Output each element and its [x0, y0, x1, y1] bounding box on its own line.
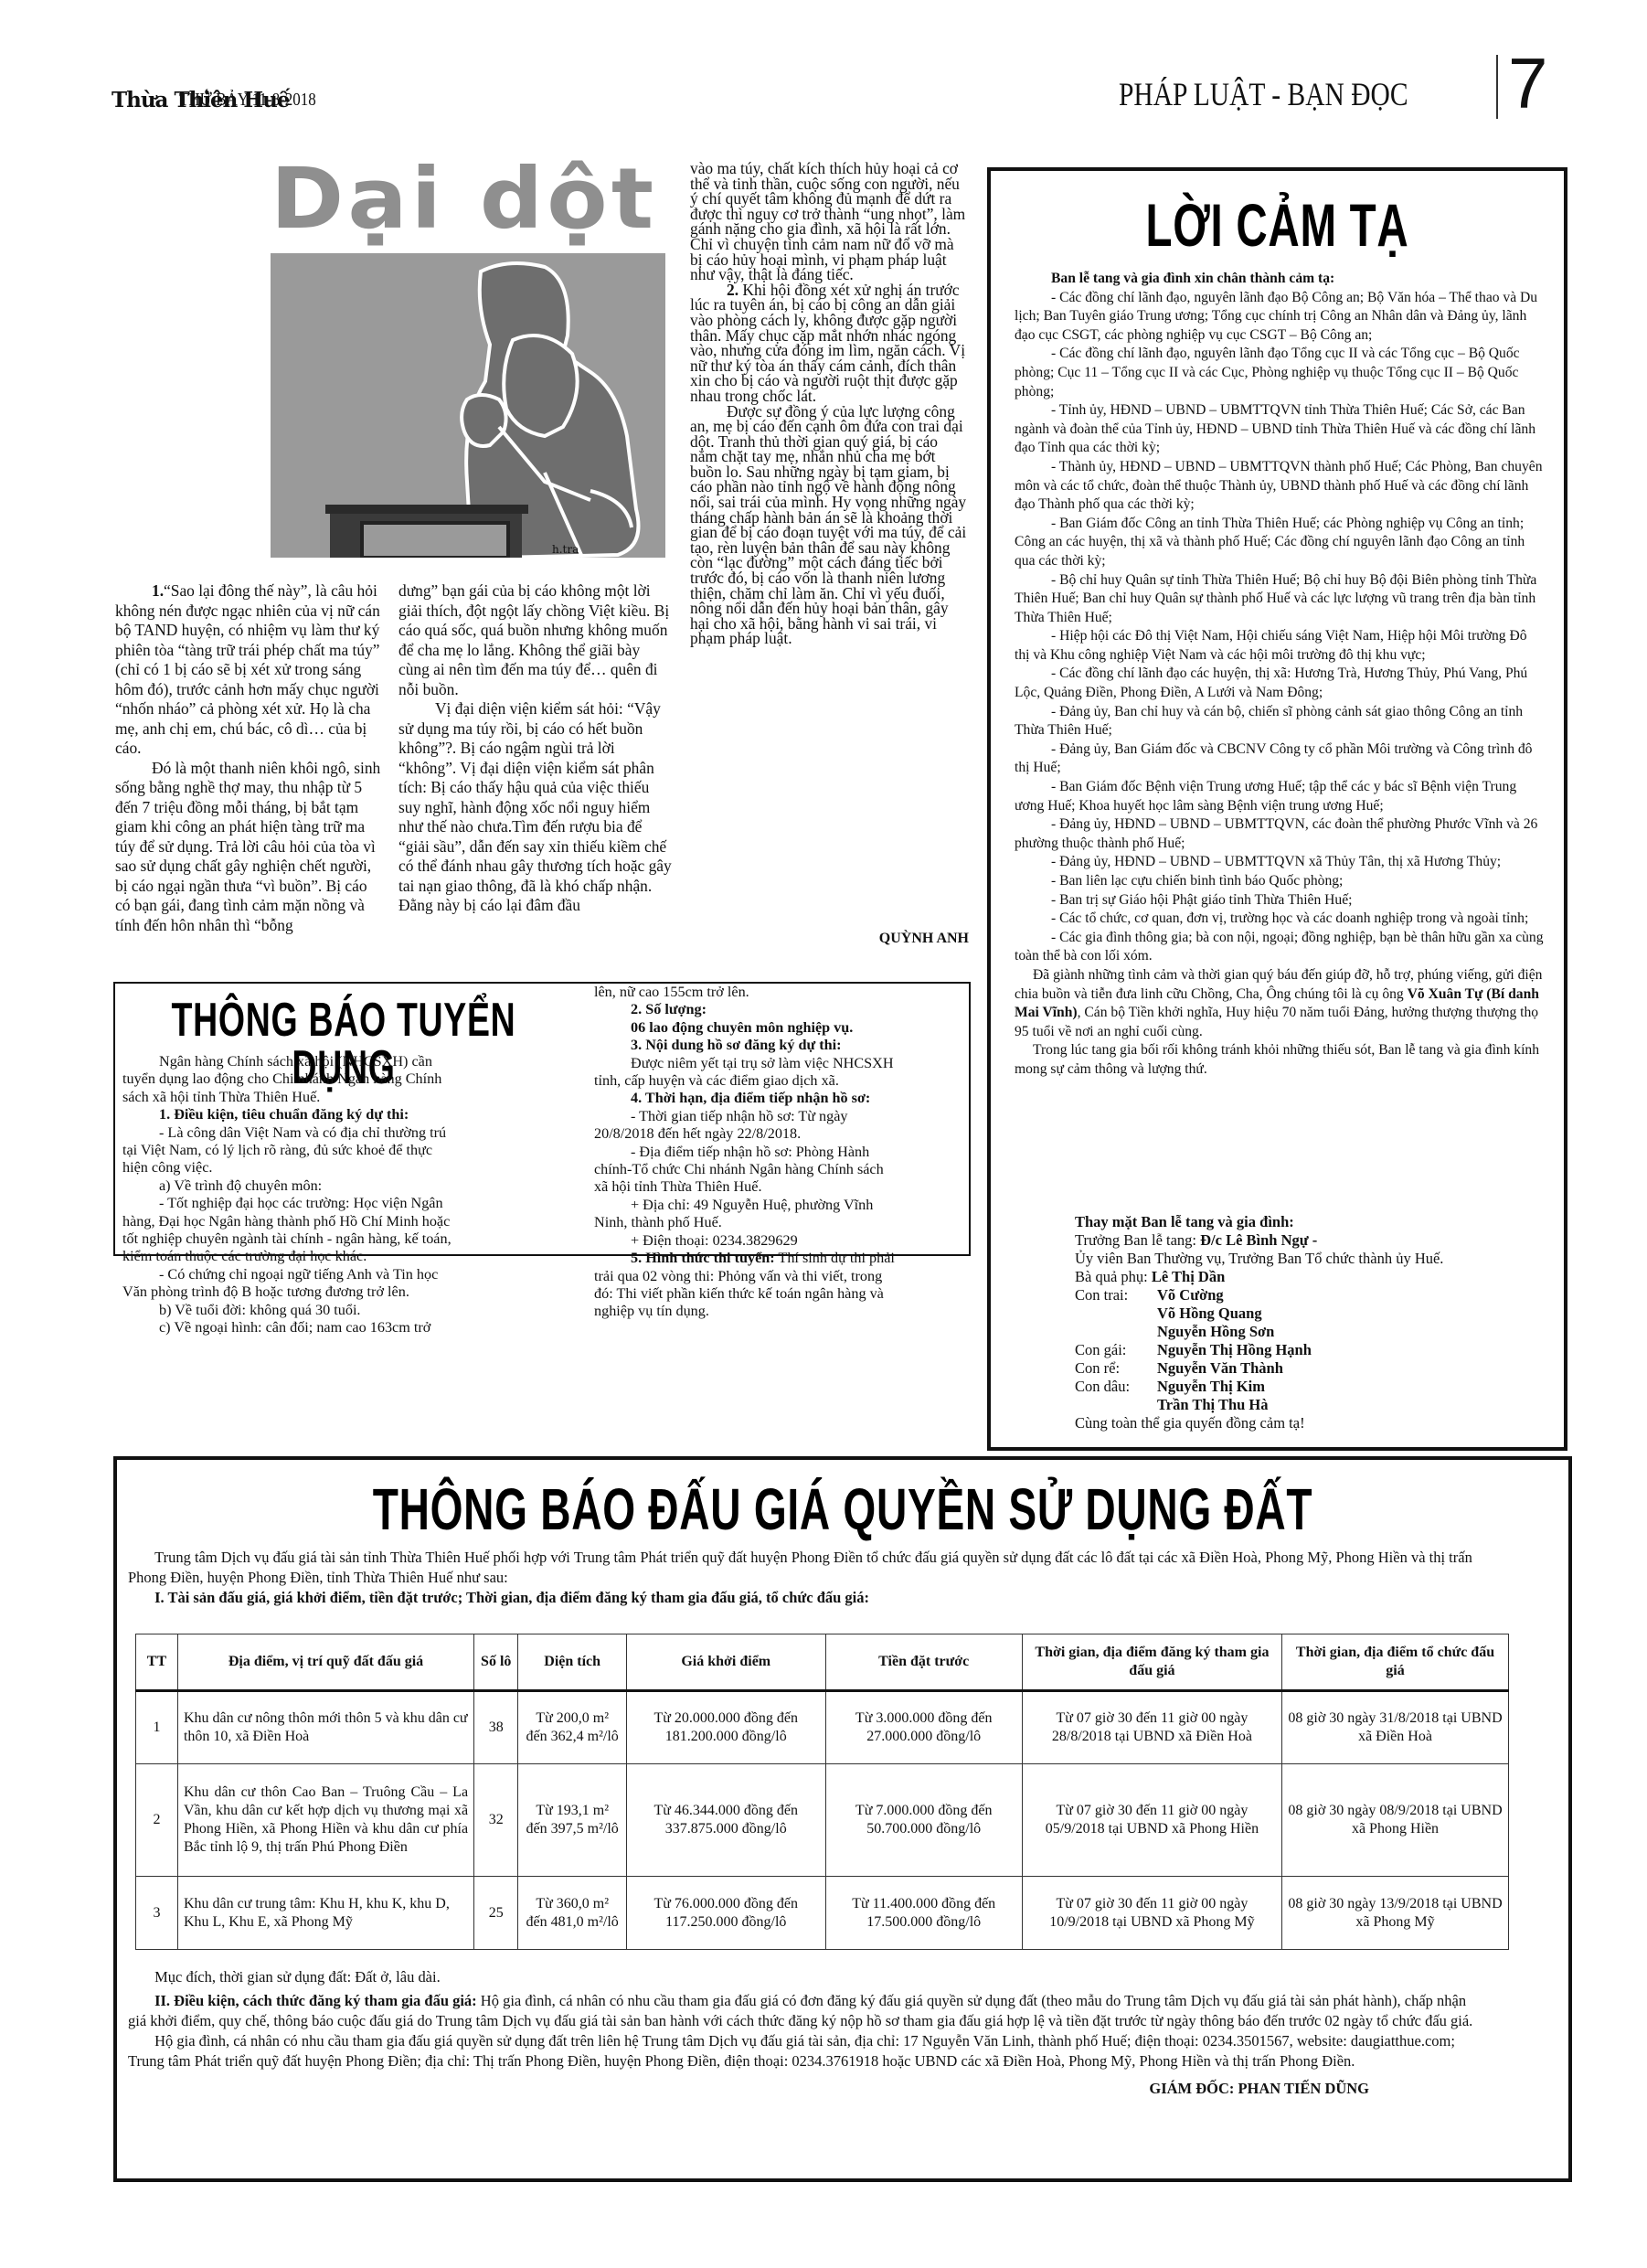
thanks-item: - Ban Giám đốc Công an tỉnh Thừa Thiên H… — [1015, 515, 1545, 571]
recruitment-line: Được niêm yết tại trụ sở làm việc NHCSXH… — [594, 1055, 896, 1091]
family-row: Con rể:Nguyễn Văn Thành — [1075, 1359, 1443, 1378]
recruitment-intro: Ngân hàng Chính sách xã hội (NHCSXH) cần… — [122, 1053, 459, 1106]
thanks-item: - Các đồng chí lãnh đạo, nguyên lãnh đạo… — [1015, 345, 1545, 401]
auction-purpose: Mục đích, thời gian sử dụng đất: Đất ở, … — [128, 1967, 1475, 1987]
auction-intro-block: Trung tâm Dịch vụ đấu giá tài sản tỉnh T… — [128, 1548, 1475, 1608]
auction-section-2: II. Điều kiện, cách thức đăng ký tham gi… — [128, 1991, 1475, 2031]
table-cell: 32 — [474, 1764, 518, 1877]
family-row: Võ Hồng Quang — [1075, 1304, 1443, 1323]
table-cell: Từ 46.344.000 đồng đến 337.875.000 đồng/… — [626, 1764, 825, 1877]
recruitment-notice: THÔNG BÁO TUYỂN DỤNG Ngân hàng Chính sác… — [113, 982, 971, 1256]
illustration-man-embracing-mother-icon: h.tra — [271, 253, 665, 558]
auction-conditions-block: Mục đích, thời gian sử dụng đất: Đất ở, … — [128, 1967, 1475, 2099]
table-cell: Từ 07 giờ 30 đến 11 giờ 00 ngày 05/9/201… — [1022, 1764, 1281, 1877]
auction-intro: Trung tâm Dịch vụ đấu giá tài sản tỉnh T… — [128, 1548, 1475, 1588]
recruitment-line: a) Về trình độ chuyên môn: — [122, 1177, 459, 1195]
table-cell: Khu dân cư nông thôn mới thôn 5 và khu d… — [177, 1691, 473, 1764]
thanks-title: LỜI CẢM TẠ — [1071, 195, 1483, 255]
table-row: 1 Khu dân cư nông thôn mới thôn 5 và khu… — [136, 1691, 1509, 1764]
thanks-item: - Đảng ủy, Ban Giám đốc và CBCNV Công ty… — [1015, 740, 1545, 778]
article-illustration: h.tra — [271, 253, 665, 558]
recruitment-line: 06 lao động chuyên môn nghiệp vụ. — [594, 1019, 896, 1037]
auction-signature: GIÁM ĐỐC: PHAN TIẾN DŨNG — [128, 2079, 1475, 2099]
thanks-item: - Ban Giám đốc Bệnh viện Trung ương Huế;… — [1015, 778, 1545, 815]
table-cell: Khu dân cư thôn Cao Ban – Truông Cầu – L… — [177, 1764, 473, 1877]
family-row: Trần Thị Thu Hà — [1075, 1396, 1443, 1414]
thanks-item: - Các gia đình thông gia; bà con nội, ng… — [1015, 929, 1545, 966]
table-cell: 08 giờ 30 ngày 31/8/2018 tại UBND xã Điề… — [1282, 1691, 1509, 1764]
widow: Bà quả phụ: Lê Thị Dần — [1075, 1268, 1443, 1286]
table-cell: 08 giờ 30 ngày 13/9/2018 tại UBND xã Pho… — [1282, 1877, 1509, 1950]
article-paragraph: Đó là một thanh niên khôi ngô, sinh sống… — [115, 759, 386, 936]
auction-contact: Hộ gia đình, cá nhân có nhu cầu tham gia… — [128, 2031, 1475, 2071]
illustration-signature: h.tra — [552, 543, 579, 556]
thanks-item: - Đảng ủy, HĐND – UBND – UBMTTQVN xã Thủ… — [1015, 853, 1545, 872]
column-header: Diện tích — [518, 1634, 627, 1691]
thanks-item: - Tỉnh ủy, HĐND – UBND – UBMTTQVN tỉnh T… — [1015, 401, 1545, 458]
table-cell: Từ 20.000.000 đồng đến 181.200.000 đồng/… — [626, 1691, 825, 1764]
family-row: Nguyễn Hồng Sơn — [1075, 1323, 1443, 1341]
table-cell: 1 — [136, 1691, 178, 1764]
recruitment-line: + Địa chỉ: 49 Nguyễn Huệ, phường Vĩnh Ni… — [594, 1197, 896, 1232]
table-cell: Khu dân cư trung tâm: Khu H, khu K, khu … — [177, 1877, 473, 1950]
thanks-item: - Các đồng chí lãnh đạo, nguyên lãnh đạo… — [1015, 289, 1545, 346]
masthead-divider — [1496, 55, 1498, 119]
auction-section-1: I. Tài sản đấu giá, giá khởi điểm, tiền … — [128, 1588, 1475, 1608]
column-header: Thời gian, địa điểm đăng ký tham gia đấu… — [1022, 1634, 1281, 1691]
table-cell: Từ 3.000.000 đồng đến 27.000.000 đồng/lô — [825, 1691, 1022, 1764]
recruitment-line: - Tốt nghiệp đại học các trường: Học việ… — [122, 1195, 459, 1266]
recruitment-line: - Thời gian tiếp nhận hồ sơ: Từ ngày 20/… — [594, 1108, 896, 1144]
recruitment-line: - Là công dân Việt Nam và có địa chỉ thư… — [122, 1124, 459, 1177]
table-cell: 25 — [474, 1877, 518, 1950]
thanks-closing: Cùng toàn thể gia quyến đồng cảm tạ! — [1075, 1414, 1443, 1432]
recruitment-line: lên, nữ cao 155cm trở lên. — [594, 984, 896, 1001]
thanks-item: - Các đồng chí lãnh đạo các huyện, thị x… — [1015, 665, 1545, 702]
recruitment-line: 5. Hình thức thi tuyển: Thí sinh dự thi … — [594, 1250, 896, 1321]
table-cell: Từ 193,1 m² đến 397,5 m²/lô — [518, 1764, 627, 1877]
recruitment-heading: 2. Số lượng: — [594, 1001, 896, 1018]
table-header-row: TT Địa điểm, vị trí quỹ đất đấu giá Số l… — [136, 1634, 1509, 1691]
article-byline: QUỲNH ANH — [804, 931, 969, 947]
thanks-paragraph: Đã giành những tình cảm và thời gian quý… — [1015, 966, 1545, 1041]
article-paragraph: 2. Khi hội đồng xét xử nghị án trước lúc… — [690, 282, 969, 404]
table-row: 3 Khu dân cư trung tâm: Khu H, khu K, kh… — [136, 1877, 1509, 1950]
recruitment-line: - Có chứng chỉ ngoại ngữ tiếng Anh và Ti… — [122, 1266, 459, 1302]
recruitment-column-1: Ngân hàng Chính sách xã hội (NHCSXH) cần… — [122, 1053, 459, 1337]
thanks-paragraph: Trong lúc tang gia bối rối không tránh k… — [1015, 1041, 1545, 1079]
thanks-notice: LỜI CẢM TẠ Ban lễ tang và gia đình xin c… — [987, 167, 1567, 1451]
thanks-item: - Đảng ủy, Ban chỉ huy và cán bộ, chiến … — [1015, 703, 1545, 740]
table-cell: Từ 360,0 m² đến 481,0 m²/lô — [518, 1877, 627, 1950]
thanks-item: - Các tổ chức, cơ quan, đơn vị, trường h… — [1015, 910, 1545, 929]
column-header: Số lô — [474, 1634, 518, 1691]
thanks-item: - Thành ủy, HĐND – UBND – UBMTTQVN thành… — [1015, 458, 1545, 515]
issue-date: THỨ BẢY 11-8-2018 — [179, 90, 316, 111]
recruitment-line: + Điện thoại: 0234.3829629 — [594, 1232, 896, 1250]
auction-title: THÔNG BÁO ĐẤU GIÁ QUYỀN SỬ DỤNG ĐẤT — [320, 1480, 1365, 1539]
signature-heading: Thay mặt Ban lễ tang và gia đình: — [1075, 1213, 1443, 1231]
recruitment-heading: 3. Nội dung hồ sơ đăng ký dự thi: — [594, 1037, 896, 1054]
auction-table: TT Địa điểm, vị trí quỹ đất đấu giá Số l… — [135, 1634, 1509, 1950]
recruitment-line: b) Về tuổi đời: không quá 30 tuổi. — [122, 1302, 459, 1319]
recruitment-line: - Địa điểm tiếp nhận hồ sơ: Phòng Hành c… — [594, 1144, 896, 1197]
recruitment-heading: 4. Thời hạn, địa điểm tiếp nhận hồ sơ: — [594, 1090, 896, 1107]
article-paragraph: 1.“Sao lại đông thế này”, là câu hỏi khô… — [115, 581, 386, 759]
family-row: Con dâu:Nguyễn Thị Kim — [1075, 1378, 1443, 1396]
column-header: Địa điểm, vị trí quỹ đất đấu giá — [177, 1634, 473, 1691]
head-role: Ủy viên Ban Thường vụ, Trưởng Ban Tổ chứ… — [1075, 1250, 1443, 1268]
section-title: PHÁP LUẬT - BẠN ĐỌC — [1119, 75, 1408, 113]
column-header: TT — [136, 1634, 178, 1691]
thanks-item: - Đảng ủy, HĐND – UBND – UBMTTQVN, các đ… — [1015, 815, 1545, 853]
page-number: 7 — [1508, 48, 1547, 119]
table-cell: 3 — [136, 1877, 178, 1950]
page-masthead: Thừa Thiên Huế THỨ BẢY 11-8-2018 PHÁP LU… — [0, 0, 1647, 137]
thanks-item: - Hiệp hội các Đô thị Việt Nam, Hội chiế… — [1015, 627, 1545, 665]
thanks-signature-block: Thay mặt Ban lễ tang và gia đình: Trưởng… — [1075, 1213, 1443, 1432]
table-cell: Từ 200,0 m² đến 362,4 m²/lô — [518, 1691, 627, 1764]
column-header: Tiền đặt trước — [825, 1634, 1022, 1691]
family-row: Con gái:Nguyễn Thị Hồng Hạnh — [1075, 1341, 1443, 1359]
table-cell: Từ 07 giờ 30 đến 11 giờ 00 ngày 10/9/201… — [1022, 1877, 1281, 1950]
recruitment-line: c) Về ngoại hình: cân đối; nam cao 163cm… — [122, 1319, 459, 1336]
table-cell: 38 — [474, 1691, 518, 1764]
article-paragraph: Vị đại diện viện kiểm sát hỏi: “Vậy sử d… — [398, 699, 673, 916]
thanks-body: Ban lễ tang và gia đình xin chân thành c… — [1015, 270, 1545, 1080]
article-paragraph: vào ma túy, chất kích thích hủy hoại cả … — [690, 161, 969, 282]
article-paragraph: dưng” bạn gái của bị cáo không một lời g… — [398, 581, 673, 699]
table-cell: Từ 07 giờ 30 đến 11 giờ 00 ngày 28/8/201… — [1022, 1691, 1281, 1764]
table-cell: Từ 76.000.000 đồng đến 117.250.000 đồng/… — [626, 1877, 825, 1950]
column-header: Thời gian, địa điểm tổ chức đấu giá — [1282, 1634, 1509, 1691]
article-column-1: 1.“Sao lại đông thế này”, là câu hỏi khô… — [115, 581, 386, 935]
thanks-item: - Ban liên lạc cựu chiến binh tình báo Q… — [1015, 872, 1545, 891]
family-row: Con trai:Võ Cường — [1075, 1286, 1443, 1304]
article-column-2: dưng” bạn gái của bị cáo không một lời g… — [398, 581, 673, 916]
table-row: 2 Khu dân cư thôn Cao Ban – Truông Cầu –… — [136, 1764, 1509, 1877]
head-of-committee: Trưởng Ban lễ tang: Đ/c Lê Bình Ngự - — [1075, 1231, 1443, 1250]
recruitment-heading: 1. Điều kiện, tiêu chuẩn đăng ký dự thi: — [122, 1106, 459, 1123]
thanks-item: - Bộ chỉ huy Quân sự tỉnh Thừa Thiên Huế… — [1015, 571, 1545, 628]
thanks-opening: Ban lễ tang và gia đình xin chân thành c… — [1015, 270, 1545, 289]
table-cell: Từ 11.400.000 đồng đến 17.500.000 đồng/l… — [825, 1877, 1022, 1950]
article-column-3: vào ma túy, chất kích thích hủy hoại cả … — [690, 161, 969, 646]
article-paragraph: Được sự đồng ý của lực lượng công an, mẹ… — [690, 404, 969, 647]
table-cell: 2 — [136, 1764, 178, 1877]
article-title: Dại dột — [271, 157, 657, 241]
table-cell: 08 giờ 30 ngày 08/9/2018 tại UBND xã Pho… — [1282, 1764, 1509, 1877]
column-header: Giá khởi điểm — [626, 1634, 825, 1691]
recruitment-column-2: lên, nữ cao 155cm trở lên. 2. Số lượng: … — [594, 984, 896, 1321]
table-cell: Từ 7.000.000 đồng đến 50.700.000 đồng/lô — [825, 1764, 1022, 1877]
thanks-item: - Ban trị sự Giáo hội Phật giáo tỉnh Thừ… — [1015, 891, 1545, 910]
